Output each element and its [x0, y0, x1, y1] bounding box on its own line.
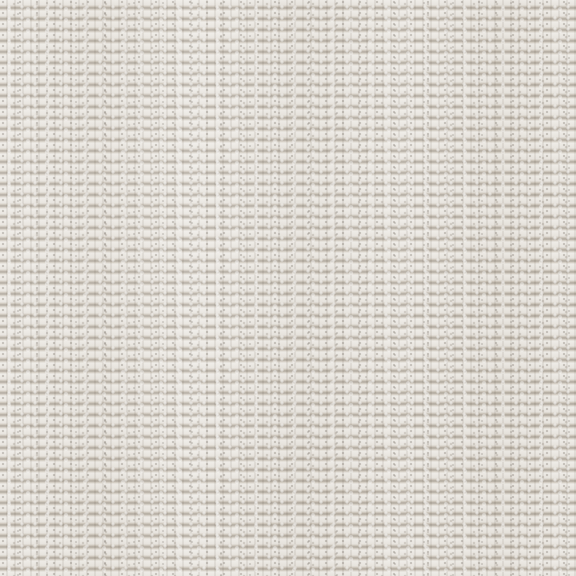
- fabric-mottle: [0, 0, 576, 576]
- fabric-swatch: [0, 0, 576, 576]
